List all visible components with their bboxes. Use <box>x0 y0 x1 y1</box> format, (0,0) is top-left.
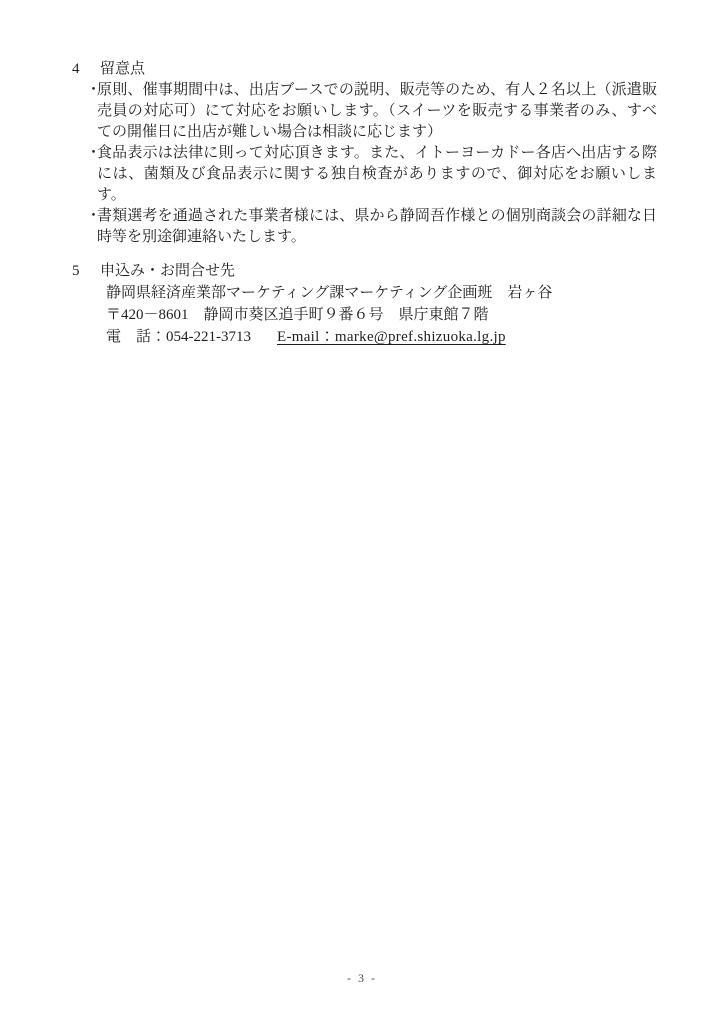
note-item: ・食品表示は法律に則って対応頂きます。また、イトーヨーカドー各店へ出店する際には… <box>97 143 657 206</box>
note-item-text: 書類選考を通過された事業者様には、県から静岡吾作様との個別商談会の詳細な日時等を… <box>97 208 657 245</box>
contact-phone-email-row: 電 話：054-221-3713E-mail：marke@pref.shizuo… <box>106 326 724 348</box>
contact-block: 静岡県経済産業部マーケティング課マーケティング企画班 岩ヶ谷 〒420－8601… <box>106 282 724 348</box>
note-item-text: 食品表示は法律に則って対応頂きます。また、イトーヨーカドー各店へ出店する際には、… <box>97 145 657 203</box>
section-4-number: 4 <box>72 59 100 80</box>
page-number: - 3 - <box>0 971 724 986</box>
bullet-marker: ・ <box>86 206 97 227</box>
contact-phone: 電 話：054-221-3713 <box>106 329 251 345</box>
contact-address: 〒420－8601 静岡市葵区追手町９番６号 県庁東館７階 <box>106 304 724 326</box>
bullet-marker: ・ <box>86 80 97 101</box>
page-content: 4留意点 ・原則、催事期間中は、出店ブースでの説明、販売等のため、有人２名以上（… <box>0 59 724 348</box>
bullet-marker: ・ <box>86 143 97 164</box>
section-5-number: 5 <box>72 260 100 282</box>
document-page: 4留意点 ・原則、催事期間中は、出店ブースでの説明、販売等のため、有人２名以上（… <box>0 0 724 1024</box>
contact-department: 静岡県経済産業部マーケティング課マーケティング企画班 岩ヶ谷 <box>106 282 724 304</box>
email-link[interactable]: E-mail：marke@pref.shizuoka.lg.jp <box>277 329 506 345</box>
section-notes: 4留意点 ・原則、催事期間中は、出店ブースでの説明、販売等のため、有人２名以上（… <box>0 59 724 248</box>
section-5-title: 申込み・お問合せ先 <box>100 263 235 279</box>
note-item: ・書類選考を通過された事業者様には、県から静岡吾作様との個別商談会の詳細な日時等… <box>97 206 657 248</box>
section-4-title: 留意点 <box>100 61 145 77</box>
section-4-heading: 4留意点 <box>72 59 724 80</box>
note-item: ・原則、催事期間中は、出店ブースでの説明、販売等のため、有人２名以上（派遣販売員… <box>97 80 657 143</box>
section-5-heading: 5申込み・お問合せ先 <box>72 260 724 282</box>
section-contact: 5申込み・お問合せ先 静岡県経済産業部マーケティング課マーケティング企画班 岩ヶ… <box>0 260 724 348</box>
note-item-text: 原則、催事期間中は、出店ブースでの説明、販売等のため、有人２名以上（派遣販売員の… <box>97 82 657 140</box>
